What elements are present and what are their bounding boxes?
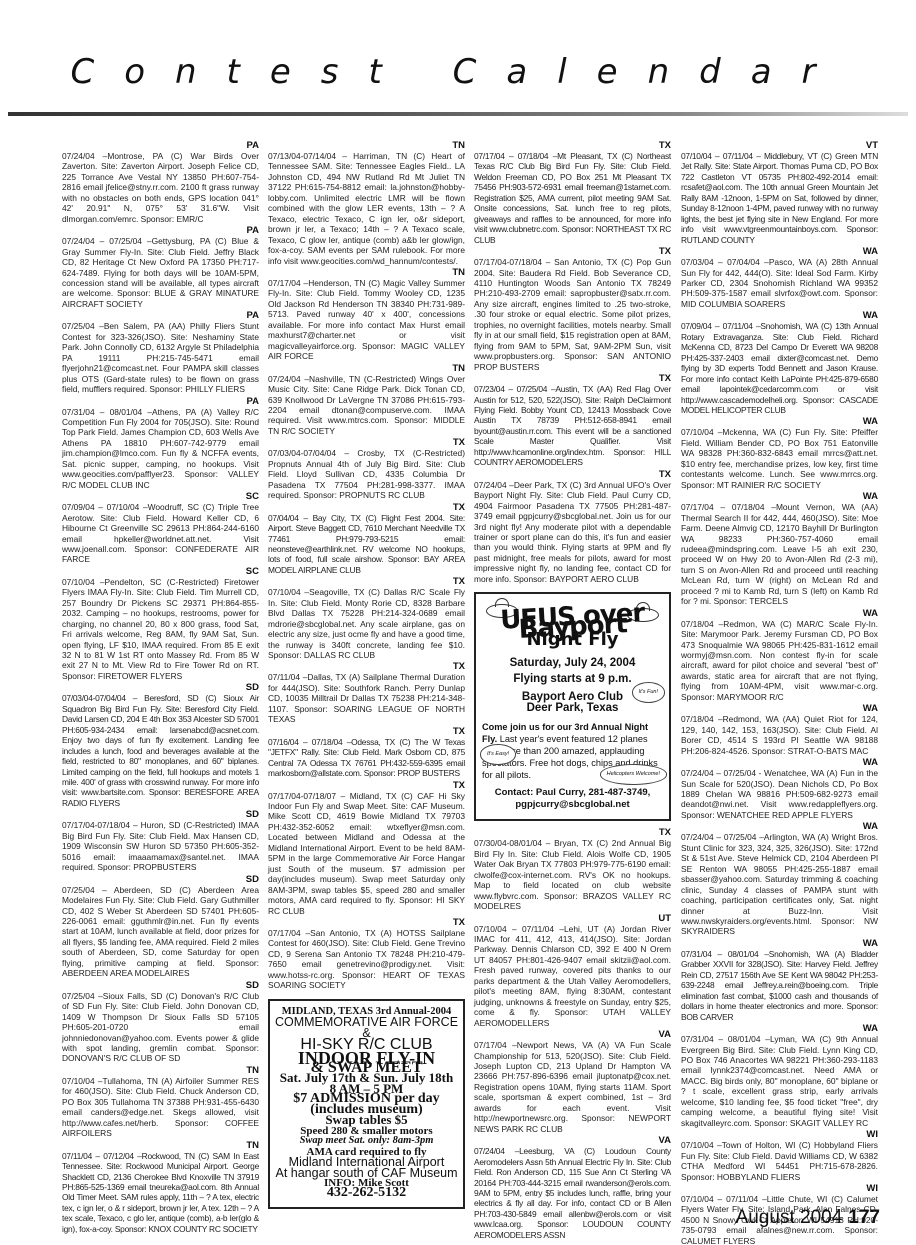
state-heading: WA [681, 310, 878, 321]
column-2: TN07/13/04-07/14/04 – Harriman, TN (C) H… [268, 140, 465, 1209]
ad-contact-name: Contact: Paul Curry, 281-487-3749, [482, 787, 663, 799]
event-listing: 07/24/04 –Nashville, TN (C-Restricted) W… [268, 374, 465, 437]
state-heading: WI [681, 1129, 878, 1140]
event-listing: 07/24/04 – 07/25/04 –Arlington, WA (A) W… [681, 832, 878, 937]
state-heading: TX [268, 576, 465, 587]
event-listing: 07/17/04 – 07/18/04 –Mt Pleasant, TX (C)… [474, 151, 671, 245]
state-heading: VA [474, 1029, 671, 1040]
column-3: TX07/17/04 – 07/18/04 –Mt Pleasant, TX (… [474, 140, 671, 1241]
event-listing: 07/03/04 – 07/04/04 –Pasco, WA (A) 28th … [681, 257, 878, 309]
ad-start-time: Flying starts at 9 p.m. [482, 674, 663, 684]
state-heading: WA [681, 491, 878, 502]
ad-contact: Contact: Paul Curry, 281-487-3749, pgpjc… [482, 787, 663, 811]
cloud-bubble-icon: It's Fun! [632, 682, 665, 702]
state-heading: SD [62, 980, 259, 991]
state-heading: PA [62, 396, 259, 407]
state-heading: WA [681, 757, 878, 768]
state-heading: TX [268, 917, 465, 928]
state-heading: WA [681, 416, 878, 427]
event-listing: 07/30/04-08/01/04 – Bryan, TX (C) 2nd An… [474, 838, 671, 911]
ad-date: Saturday, July 24, 2004 [482, 658, 663, 668]
header-rule [8, 112, 908, 116]
issue-date: August 2004 [736, 1207, 843, 1228]
event-listing: 07/25/04 – Aberdeen, SD (C) Aberdeen Are… [62, 885, 259, 979]
column-4: VT07/10/04 – 07/11/04 – Middlebury, VT (… [681, 140, 878, 1245]
event-listing: 07/17/04 –San Antonio, TX (A) HOTSS Sail… [268, 928, 465, 991]
ad-line: 432-262-5132 [272, 1188, 461, 1198]
state-heading: UT [474, 913, 671, 924]
event-listing: 07/17/04-07/18/04 – San Antonio, TX (C) … [474, 257, 671, 372]
event-listing: 07/17/04-07/18/07 – Midland, TX (C) CAF … [268, 791, 465, 916]
state-heading: PA [62, 225, 259, 236]
state-heading: WA [681, 246, 878, 257]
state-heading: SD [62, 682, 259, 693]
event-listing: 07/10/04 – 07/11/04 –Lehi, UT (A) Jordan… [474, 924, 671, 1029]
event-listing: 07/24/04 –Leesburg, VA (C) Loudoun Count… [474, 1146, 671, 1240]
event-listing: 07/09/04 – 07/11/04 –Snohomish, WA (C) 1… [681, 321, 878, 415]
state-heading: WA [681, 1023, 878, 1034]
ad-place: Deer Park, Texas [482, 703, 663, 713]
event-listing: 07/25/04 –Ben Salem, PA (AA) Philly Flie… [62, 321, 259, 394]
column-3-entries-after: TX07/30/04-08/01/04 – Bryan, TX (C) 2nd … [474, 827, 671, 1240]
state-heading: TN [268, 363, 465, 374]
event-listing: 07/24/04 – 07/25/04 –Gettysburg, PA (C) … [62, 236, 259, 309]
event-listing: 07/03/04-07/04/04 – Crosby, TX (C-Restri… [268, 448, 465, 500]
ad-headline: UFUS over Bayport [482, 607, 664, 637]
event-listing: 07/31/04 – 08/01/04 –Snohomish, WA (A) B… [681, 949, 878, 1022]
page-title: Contest Calendar [0, 52, 916, 92]
state-heading: TN [268, 267, 465, 278]
event-listing: 07/17/04 – 07/18/04 –Mount Vernon, WA (A… [681, 502, 878, 607]
state-heading: SD [62, 809, 259, 820]
ufo-night-fly-ad: UFUS over Bayport Night Fly It's Fun! Sa… [474, 592, 671, 821]
event-listing: 07/17/04-07/18/04 – Huron, SD (C-Restric… [62, 820, 259, 872]
event-listing: 07/11/04 – 07/12/04 –Rockwood, TN (C) SA… [62, 1151, 259, 1235]
column-1: PA07/24/04 –Montrose, PA (C) War Birds O… [62, 140, 259, 1235]
event-listing: 07/10/04 –Town of Holton, WI (C) Hobbyla… [681, 1140, 878, 1182]
event-listing: 07/17/04 –Henderson, TN (C) Magic Valley… [268, 278, 465, 362]
state-heading: SC [62, 566, 259, 577]
midland-indoor-fly-in-ad: MIDLAND, TEXAS 3rd Annual-2004 COMMEMORA… [268, 999, 465, 1209]
state-heading: VT [681, 140, 878, 151]
state-heading: VA [474, 1135, 671, 1146]
event-listing: 07/24/04 –Montrose, PA (C) War Birds Ove… [62, 151, 259, 224]
ad-line: COMMEMORATIVE AIR FORCE & [272, 1017, 461, 1038]
state-heading: TN [62, 1140, 259, 1151]
event-listing: 07/25/04 –Sioux Falls, SD (C) Donovan's … [62, 991, 259, 1064]
event-listing: 07/11/04 –Dallas, TX (A) Sailplane Therm… [268, 672, 465, 724]
event-listing: 07/24/04 – 07/25/04 - Wenatchee, WA (A) … [681, 768, 878, 820]
event-listing: 07/24/04 –Deer Park, TX (C) 3rd Annual U… [474, 480, 671, 585]
event-listing: 07/10/04 –Seagoville, TX (C) Dallas R/C … [268, 587, 465, 660]
event-listing: 07/09/04 – 07/10/04 –Woodruff, SC (C) Tr… [62, 502, 259, 565]
state-heading: SC [62, 491, 259, 502]
state-heading: TX [474, 140, 671, 151]
state-heading: TN [62, 1065, 259, 1076]
state-heading: TX [268, 726, 465, 737]
event-listing: 07/03/04-07/04/04 – Beresford, SD (C) Si… [62, 693, 259, 808]
state-heading: TX [474, 246, 671, 257]
event-listing: 07/23/04 – 07/25/04 –Austin, TX (AA) Red… [474, 384, 671, 468]
event-listing: 07/18/04 –Redmon, WA (C) MAR/C Scale Fly… [681, 619, 878, 703]
page-number: 177 [848, 1207, 880, 1228]
state-heading: TX [268, 780, 465, 791]
state-heading: TX [268, 502, 465, 513]
event-listing: 07/13/04-07/14/04 – Harriman, TN (C) Hea… [268, 151, 465, 266]
event-listing: 07/10/04 – 07/11/04 – Middlebury, VT (C)… [681, 151, 878, 245]
ad-contact-email: pgpjcurry@sbcglobal.net [482, 799, 663, 811]
state-heading: TX [474, 373, 671, 384]
event-listing: 07/10/04 –Pendelton, SC (C-Restricted) F… [62, 577, 259, 682]
state-heading: TX [268, 437, 465, 448]
state-heading: TX [474, 827, 671, 838]
event-listing: 07/31/04 – 08/01/04 –Athens, PA (A) Vall… [62, 407, 259, 491]
state-heading: TX [474, 469, 671, 480]
event-listing: 07/04/04 – Bay City, TX (C) Flight Fest … [268, 513, 465, 576]
state-heading: PA [62, 310, 259, 321]
cloud-bubble-icon: It's Easy! [480, 744, 516, 764]
state-heading: SD [62, 874, 259, 885]
event-listing: 07/18/04 –Redmond, WA (AA) Quiet Riot fo… [681, 714, 878, 756]
event-listing: 07/31/04 – 08/01/04 –Lyman, WA (C) 9th A… [681, 1034, 878, 1128]
state-heading: PA [62, 140, 259, 151]
state-heading: TN [268, 140, 465, 151]
state-heading: WA [681, 703, 878, 714]
page-footer: August 2004177 [736, 1207, 880, 1229]
state-heading: TX [268, 661, 465, 672]
event-listing: 07/10/04 –Tullahoma, TN (A) Airfoiler Su… [62, 1076, 259, 1139]
event-listing: 07/16/04 – 07/18/04 –Odessa, TX (C) The … [268, 737, 465, 779]
state-heading: WA [681, 938, 878, 949]
column-2-entries: TN07/13/04-07/14/04 – Harriman, TN (C) H… [268, 140, 465, 991]
event-listing: 07/17/04 –Newport News, VA (A) VA Fun Sc… [474, 1040, 671, 1134]
column-3-entries: TX07/17/04 – 07/18/04 –Mt Pleasant, TX (… [474, 140, 671, 584]
state-heading: WA [681, 608, 878, 619]
cloud-bubble-icon: Helicopters Welcome! [600, 764, 667, 784]
state-heading: WA [681, 821, 878, 832]
event-listing: 07/10/04 –Mckenna, WA (C) Fun Fly. Site:… [681, 427, 878, 490]
state-heading: WI [681, 1183, 878, 1194]
